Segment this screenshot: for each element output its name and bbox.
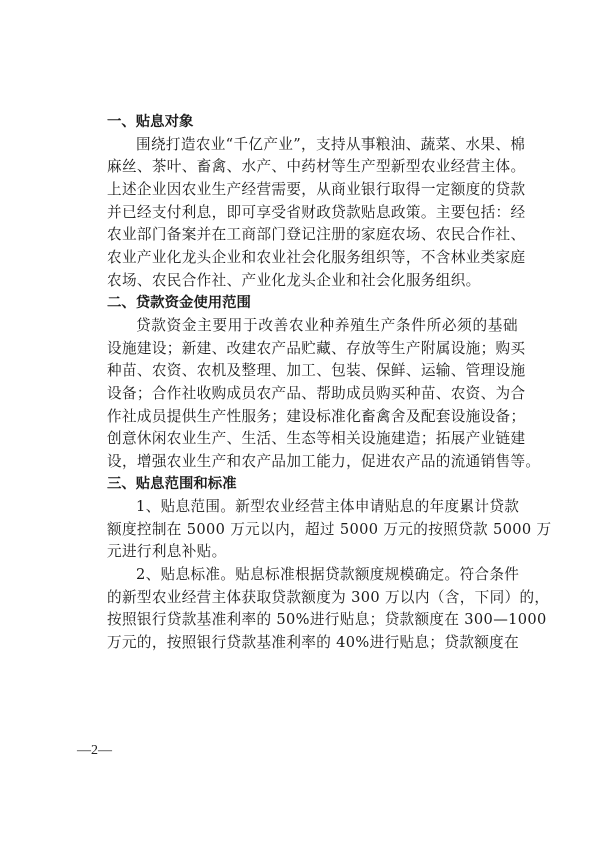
paragraph-subsidy-standard: 2、贴息标准。贴息标准根据贷款额度规模确定。符合条件 的新型农业经营主体获取贷款… bbox=[78, 564, 518, 655]
text-line: 围绕打造农业“千亿产业”，支持从事粮油、蔬菜、水果、棉 bbox=[78, 134, 518, 157]
document-page: 一、贴息对象 围绕打造农业“千亿产业”，支持从事粮油、蔬菜、水果、棉 麻丝、茶叶… bbox=[0, 0, 596, 842]
section-heading-subsidy-target: 一、贴息对象 bbox=[78, 111, 518, 134]
text-line: 额度控制在 5000 万元以内，超过 5000 万元的按照贷款 5000 万 bbox=[78, 519, 518, 542]
text-line: 并已经支付利息，即可享受省财政贷款贴息政策。主要包括：经 bbox=[78, 202, 518, 225]
text-line: 按照银行贷款基准利率的 50%进行贴息；贷款额度在 300—1000 bbox=[78, 609, 518, 632]
page-number: —2— bbox=[77, 743, 112, 759]
section-heading-loan-usage: 二、贷款资金使用范围 bbox=[78, 292, 518, 315]
text-line: 农业部门备案并在工商部门登记注册的家庭农场、农民合作社、 bbox=[78, 224, 518, 247]
text-line: 设备；合作社收购成员农产品、帮助成员购买种苗、农资、为合 bbox=[78, 383, 518, 406]
text-line: 1、贴息范围。新型农业经营主体申请贴息的年度累计贷款 bbox=[78, 496, 518, 519]
paragraph-subsidy-target: 围绕打造农业“千亿产业”，支持从事粮油、蔬菜、水果、棉 麻丝、茶叶、畜禽、水产、… bbox=[78, 134, 518, 293]
text-line: 2、贴息标准。贴息标准根据贷款额度规模确定。符合条件 bbox=[78, 564, 518, 587]
text-line: 元进行利息补贴。 bbox=[78, 541, 518, 564]
text-line: 设施建设；新建、改建农产品贮藏、存放等生产附属设施；购买 bbox=[78, 338, 518, 361]
text-line: 贷款资金主要用于改善农业种养殖生产条件所必须的基础 bbox=[78, 315, 518, 338]
text-line: 麻丝、茶叶、畜禽、水产、中药材等生产型新型农业经营主体。 bbox=[78, 156, 518, 179]
text-line: 农业产业化龙头企业和农业社会化服务组织等，不含林业类家庭 bbox=[78, 247, 518, 270]
paragraph-loan-usage: 贷款资金主要用于改善农业种养殖生产条件所必须的基础 设施建设；新建、改建农产品贮… bbox=[78, 315, 518, 474]
document-body: 一、贴息对象 围绕打造农业“千亿产业”，支持从事粮油、蔬菜、水果、棉 麻丝、茶叶… bbox=[78, 111, 518, 655]
text-line: 上述企业因农业生产经营需要，从商业银行取得一定额度的贷款 bbox=[78, 179, 518, 202]
section-heading-scope-and-standard: 三、贴息范围和标准 bbox=[78, 473, 518, 496]
text-line: 农场、农民合作社、产业化龙头企业和社会化服务组织。 bbox=[78, 270, 518, 293]
text-line: 的新型农业经营主体获取贷款额度为 300 万以内（含，下同）的， bbox=[78, 587, 518, 610]
text-line: 设，增强农业生产和农产品加工能力，促进农产品的流通销售等。 bbox=[78, 451, 518, 474]
paragraph-subsidy-scope: 1、贴息范围。新型农业经营主体申请贴息的年度累计贷款 额度控制在 5000 万元… bbox=[78, 496, 518, 564]
text-line: 万元的，按照银行贷款基准利率的 40%进行贴息；贷款额度在 bbox=[78, 632, 518, 655]
text-line: 作社成员提供生产性服务；建设标准化畜禽舍及配套设施设备； bbox=[78, 406, 518, 429]
text-line: 种苗、农资、农机及整理、加工、包装、保鲜、运输、管理设施 bbox=[78, 360, 518, 383]
text-line: 创意休闲农业生产、生活、生态等相关设施建造；拓展产业链建 bbox=[78, 428, 518, 451]
